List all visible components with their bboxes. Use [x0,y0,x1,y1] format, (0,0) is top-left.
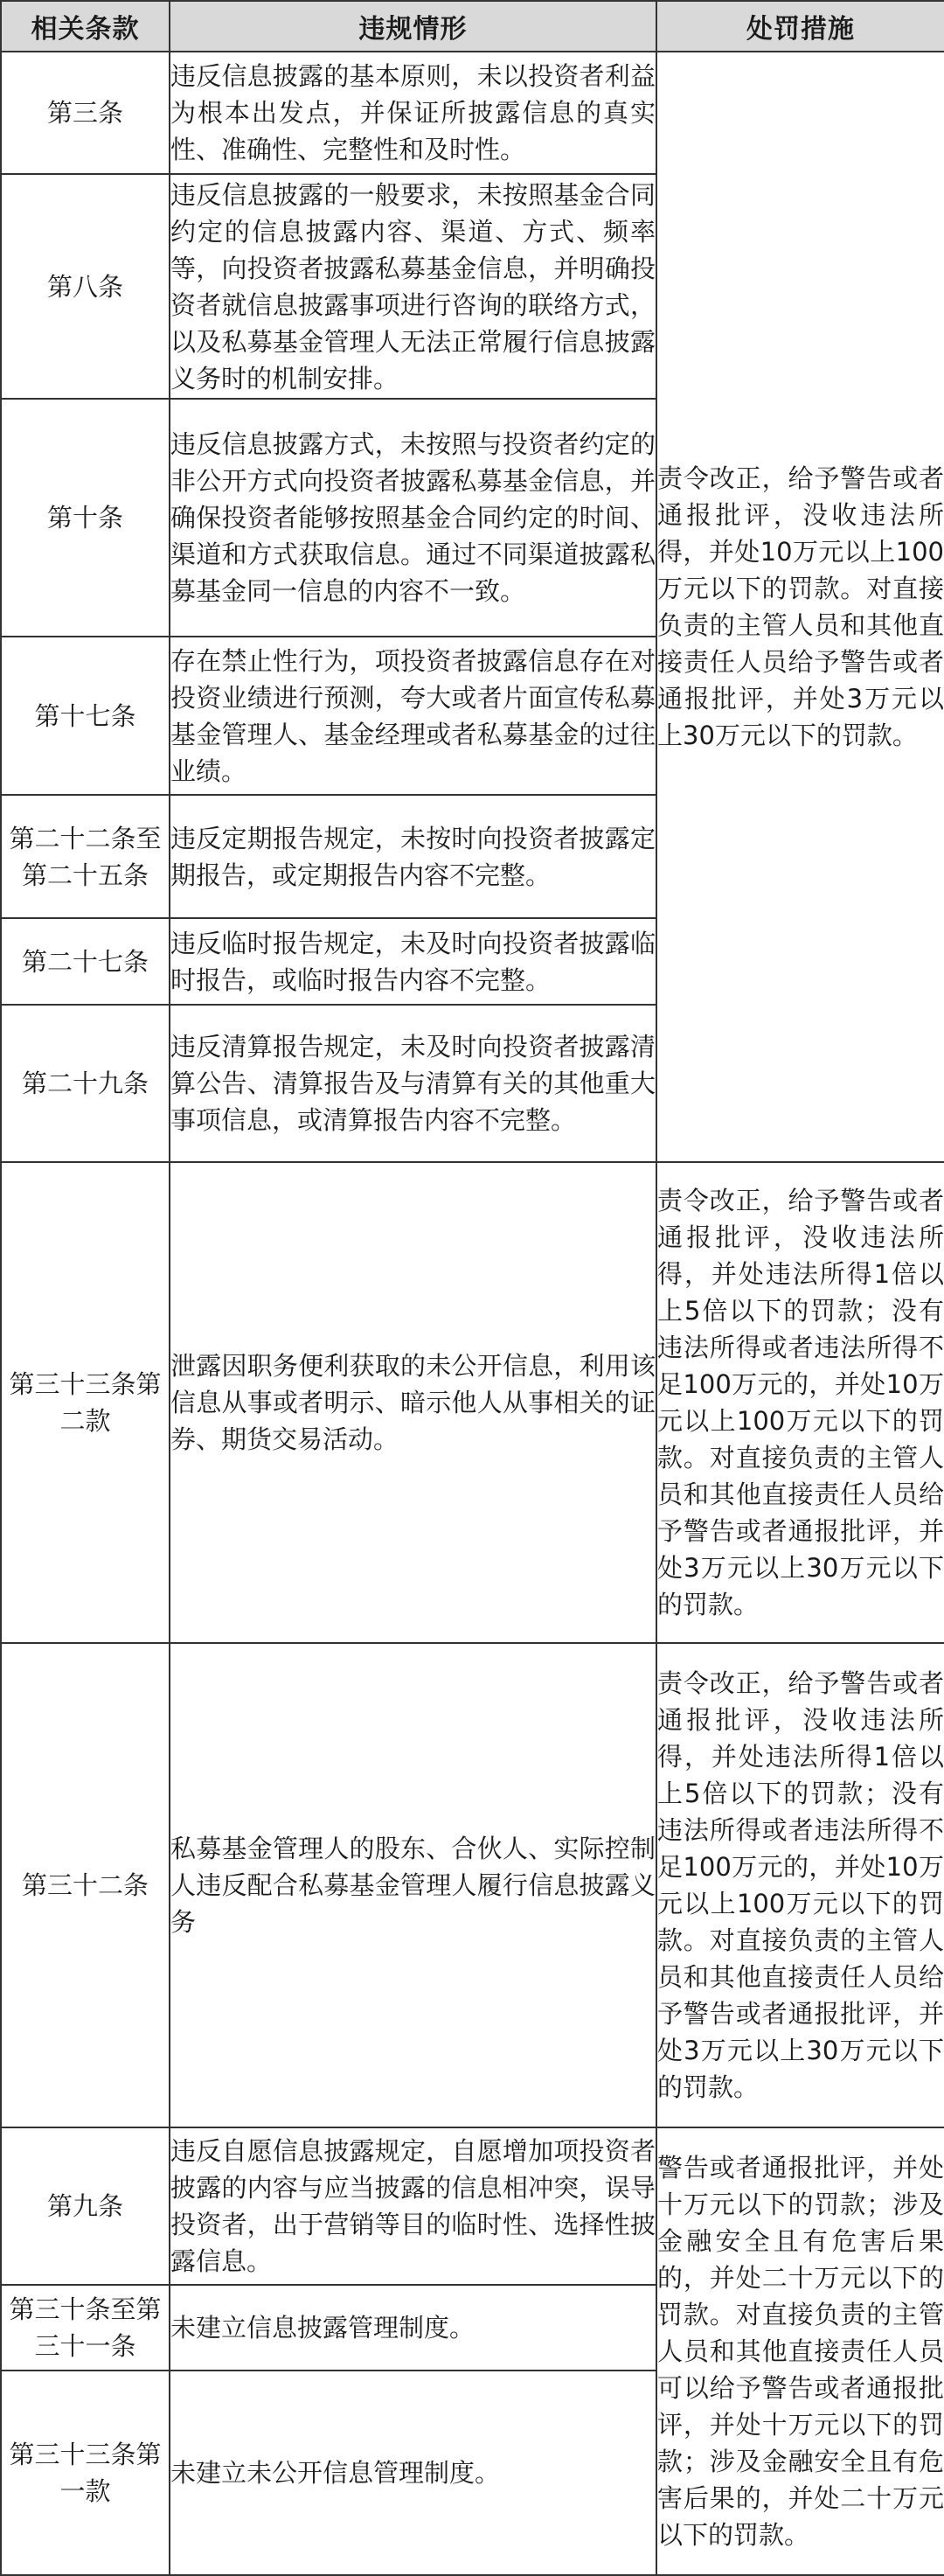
violation-cell: 违反信息披露的基本原则，未以投资者利益为根本出发点，并保证所披露信息的真实性、准… [170,52,656,174]
violation-cell: 违反定期报告规定，未按时向投资者披露定期报告，或定期报告内容不完整。 [170,795,656,918]
violation-cell: 违反临时报告规定，未及时向投资者披露临时报告，或临时报告内容不完整。 [170,918,656,1005]
clause-cell: 第九条 [1,2127,170,2285]
clause-cell: 第三十三条第二款 [1,1162,170,1643]
table-row: 第九条 违反自愿信息披露规定，自愿增加项投资者披露的内容与应当披露的信息相冲突，… [1,2127,944,2285]
violation-cell: 违反信息披露的一般要求，未按照基金合同约定的信息披露内容、渠道、方式、频率等，向… [170,174,656,399]
header-violation: 违规情形 [170,1,656,52]
clause-cell: 第十七条 [1,637,170,795]
violation-cell: 私募基金管理人的股东、合伙人、实际控制人违反配合私募基金管理人履行信息披露义务 [170,1643,656,2127]
clause-cell: 第三十条至第三十一条 [1,2285,170,2371]
header-clause: 相关条款 [1,1,170,52]
clause-cell: 第八条 [1,174,170,399]
clause-cell: 第二十九条 [1,1005,170,1162]
clause-cell: 第三十二条 [1,1643,170,2127]
clause-cell: 第二十七条 [1,918,170,1005]
penalty-cell: 警告或者通报批评，并处十万元以下的罚款；涉及金融安全且有危害后果的，并处二十万元… [656,2127,944,2575]
table-row: 第三十二条 私募基金管理人的股东、合伙人、实际控制人违反配合私募基金管理人履行信… [1,1643,944,2127]
violation-cell: 违反自愿信息披露规定，自愿增加项投资者披露的内容与应当披露的信息相冲突，误导投资… [170,2127,656,2285]
violation-cell: 未建立未公开信息管理制度。 [170,2371,656,2575]
clause-cell: 第十条 [1,399,170,637]
header-penalty: 处罚措施 [656,1,944,52]
violation-cell: 未建立信息披露管理制度。 [170,2285,656,2371]
header-row: 相关条款 违规情形 处罚措施 [1,1,944,52]
violation-cell: 存在禁止性行为，项投资者披露信息存在对投资业绩进行预测，夸大或者片面宣传私募基金… [170,637,656,795]
clause-cell: 第二十二条至第二十五条 [1,795,170,918]
penalty-cell: 责令改正，给予警告或者通报批评，没收违法所得，并处违法所得1倍以上5倍以下的罚款… [656,1162,944,1643]
violation-cell: 违反信息披露方式，未按照与投资者约定的非公开方式向投资者披露私募基金信息，并确保… [170,399,656,637]
penalty-cell: 责令改正，给予警告或者通报批评，没收违法所得，并处10万元以上100万元以下的罚… [656,52,944,1162]
violation-cell: 违反清算报告规定，未及时向投资者披露清算公告、清算报告及与清算有关的其他重大事项… [170,1005,656,1162]
penalty-table: 相关条款 违规情形 处罚措施 第三条 违反信息披露的基本原则，未以投资者利益为根… [0,0,944,2576]
table-row: 第三十三条第二款 泄露因职务便利获取的未公开信息，利用该信息从事或者明示、暗示他… [1,1162,944,1643]
violation-cell: 泄露因职务便利获取的未公开信息，利用该信息从事或者明示、暗示他人从事相关的证券、… [170,1162,656,1643]
clause-cell: 第三条 [1,52,170,174]
table-row: 第三条 违反信息披露的基本原则，未以投资者利益为根本出发点，并保证所披露信息的真… [1,52,944,174]
clause-cell: 第三十三条第一款 [1,2371,170,2575]
penalty-cell: 责令改正，给予警告或者通报批评，没收违法所得，并处违法所得1倍以上5倍以下的罚款… [656,1643,944,2127]
